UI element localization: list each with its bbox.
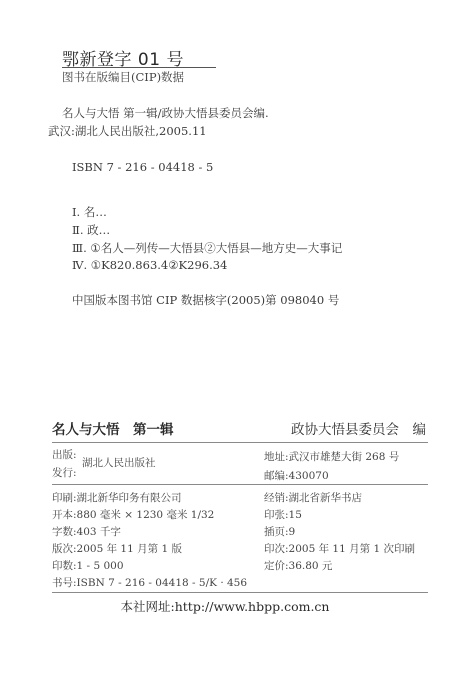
publish-label: 出版: [52,447,77,462]
detail-inserts: 插页:9 [264,524,295,539]
cip-index-2: Ⅱ. 政… [72,222,110,238]
divider-middle [52,484,428,485]
cip-line-1: 名人与大悟 第一辑/政协大悟县委员会编. [62,105,269,121]
cip-line-2: 武汉:湖北人民出版社,2005.11 [48,123,207,139]
cip-index-3: Ⅲ. ①名人—列传—大悟县②大悟县—地方史—大事记 [72,240,342,256]
cip-heading: 图书在版编目(CIP)数据 [62,69,184,85]
editor: 政协大悟县委员会 编 [291,418,426,438]
detail-distributor: 经销:湖北省新华书店 [264,490,362,505]
detail-price: 定价:36.80 元 [264,558,332,573]
address: 地址:武汉市雄楚大街 268 号 [264,449,399,464]
cip-index-1: Ⅰ. 名… [72,204,107,220]
detail-impression: 印次:2005 年 11 月第 1 次印刷 [264,541,415,556]
publisher: 湖北人民出版社 [82,455,156,470]
publisher-website: 本社网址:http://www.hbpp.com.cn [0,597,450,615]
distribute-label: 发行: [52,465,77,480]
registration-underline [62,67,216,68]
detail-word-count: 字数:403 千字 [52,524,121,539]
book-title: 名人与大悟 第一辑 [52,418,174,438]
detail-printer: 印刷:湖北新华印务有限公司 [52,490,182,505]
divider-top [52,442,428,443]
cip-verification: 中国版本图书馆 CIP 数据核字(2005)第 098040 号 [72,292,339,308]
detail-format: 开本:880 毫米 × 1230 毫米 1/32 [52,507,214,522]
detail-print-run: 印数:1 - 5 000 [52,558,124,573]
postcode: 邮编:430070 [264,468,329,483]
detail-sheets: 印张:15 [264,507,302,522]
divider-bottom [52,592,428,593]
cip-index-4: Ⅳ. ①K820.863.4②K296.34 [72,258,227,272]
detail-book-number: 书号:ISBN 7 - 216 - 04418 - 5/K · 456 [52,575,247,590]
detail-edition: 版次:2005 年 11 月第 1 版 [52,541,182,556]
cip-isbn: ISBN 7 - 216 - 04418 - 5 [72,160,213,174]
